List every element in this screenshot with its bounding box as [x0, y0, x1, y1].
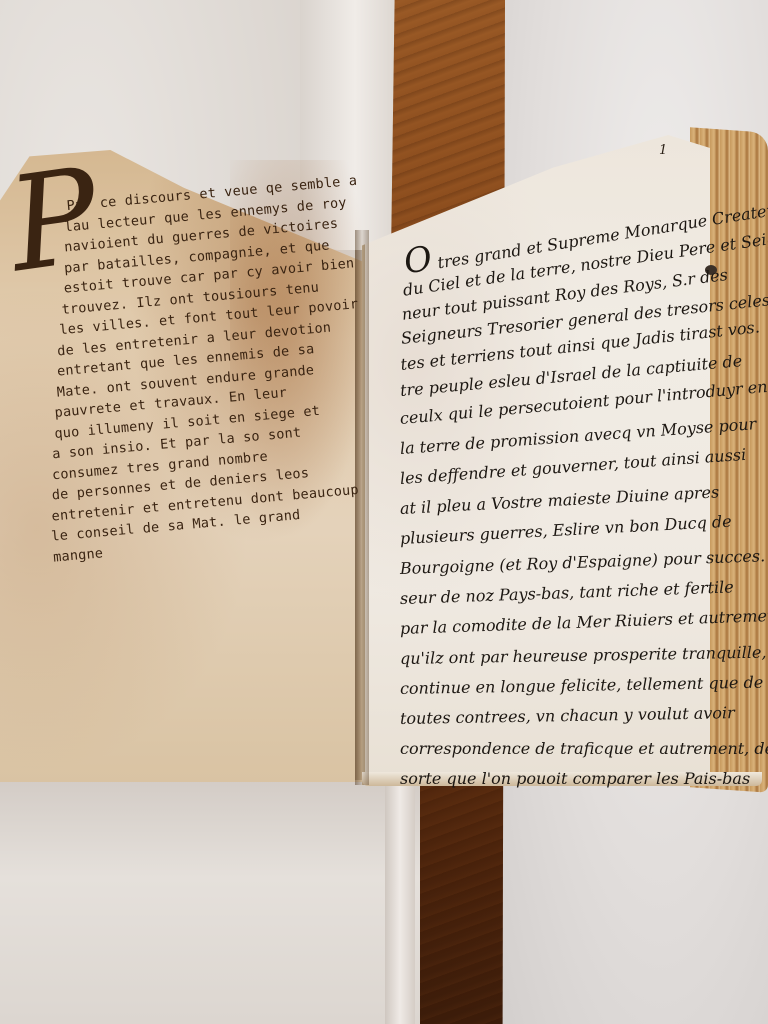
text-line: correspondence de traficque et autrement…	[400, 734, 740, 764]
towel-fold-bottom	[385, 780, 415, 1024]
right-page-text: O tres grand et Supreme Monarque Createu…	[400, 218, 740, 794]
left-page-text: Par ce discours et veue qe semble a lau …	[22, 171, 383, 567]
folio-number: 1	[659, 143, 667, 158]
towel-left-bottom	[0, 780, 420, 1024]
text-line: sorte que l'on pouoit comparer les Pais-…	[400, 764, 740, 794]
text-line: toutes contrees, vn chacun y voulut avoi…	[400, 698, 740, 734]
